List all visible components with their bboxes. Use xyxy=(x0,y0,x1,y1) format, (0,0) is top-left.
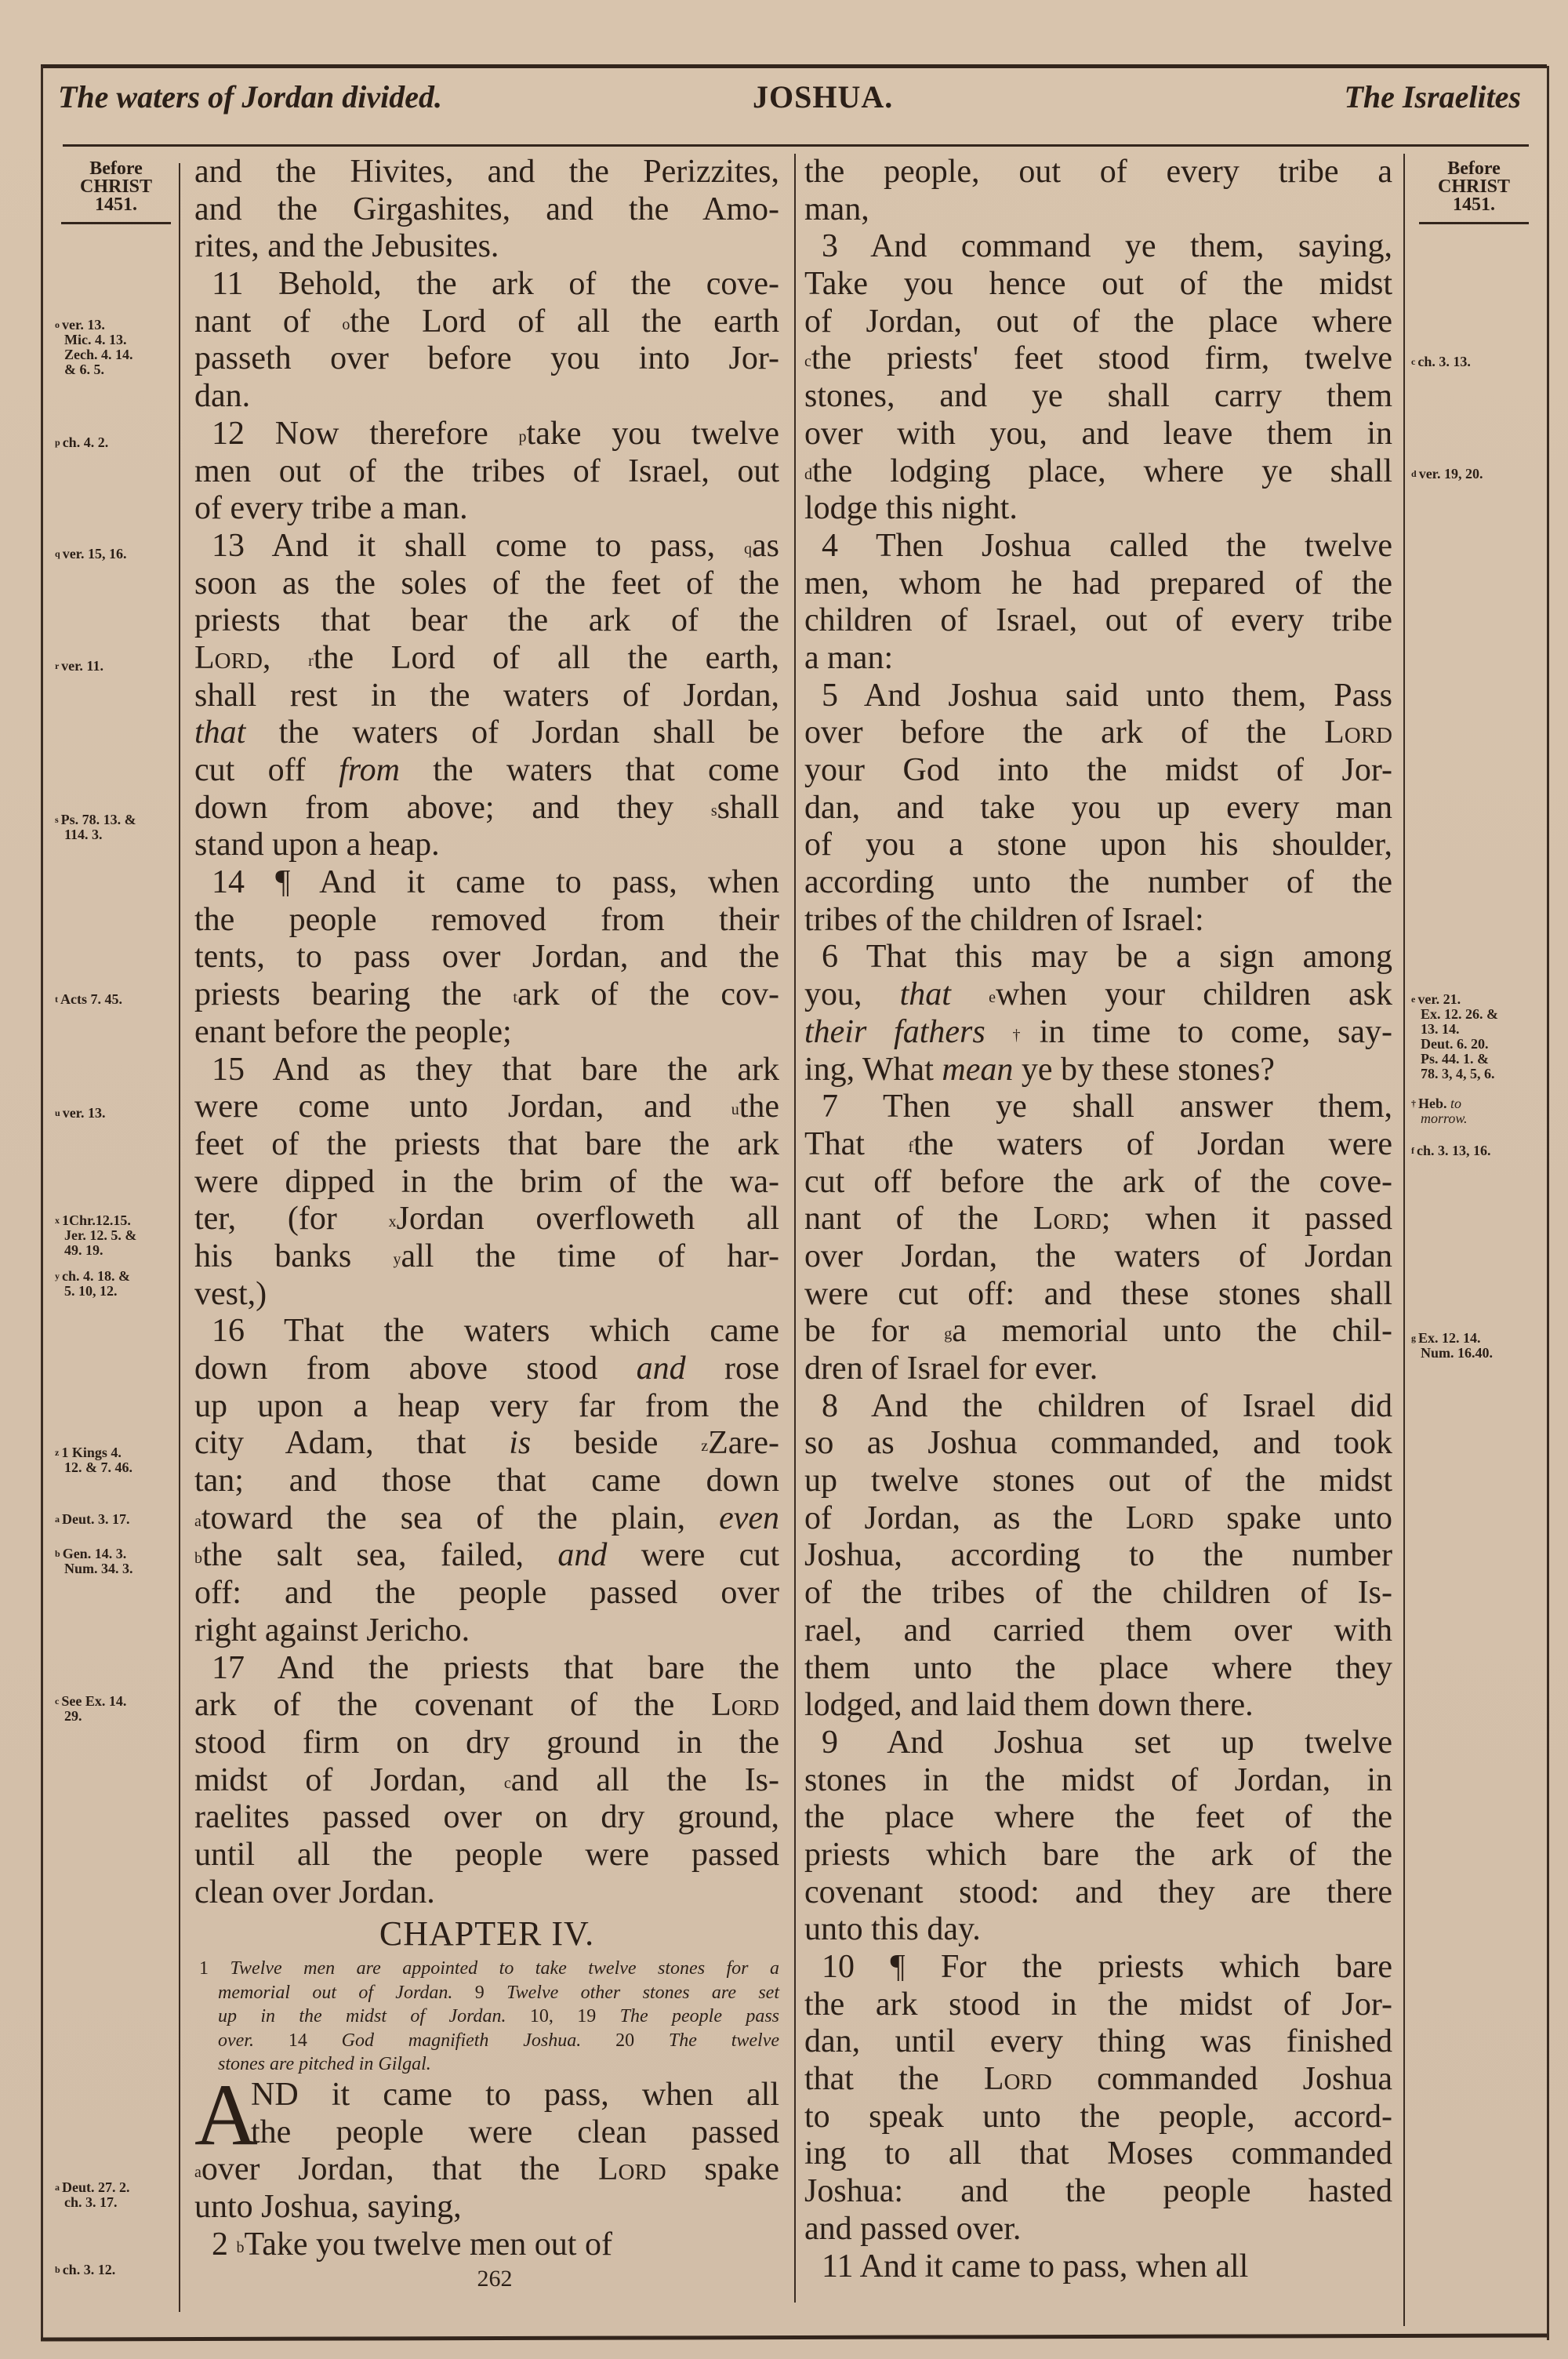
reference-marker: x xyxy=(389,1213,397,1230)
text-line: cut off from the waters that come xyxy=(194,752,779,790)
cross-reference-line: 49. 19. xyxy=(55,1243,172,1258)
cross-reference: r ver. 11. xyxy=(55,659,172,674)
text-line: over before the ark of the Lord xyxy=(804,714,1392,752)
cross-reference-line: a Deut. 3. 17. xyxy=(55,1512,172,1527)
cross-reference-line: q ver. 15, 16. xyxy=(55,547,172,562)
right-margin-divider xyxy=(1403,154,1405,2326)
text-line: dan. xyxy=(194,378,779,416)
text-line: dthe lodging place, where ye shall xyxy=(804,453,1392,491)
text-line: city Adam, that is beside zZare- xyxy=(194,1425,779,1463)
era-label: CHRIST xyxy=(55,178,177,196)
italic-supplied-word: and xyxy=(637,1350,686,1387)
era-label: CHRIST xyxy=(1411,178,1537,196)
reference-marker: d xyxy=(1411,468,1419,479)
text-line: the people, out of every tribe a xyxy=(804,154,1392,191)
cross-reference-line: 13. 14. xyxy=(1411,1022,1529,1037)
reference-marker: z xyxy=(701,1438,708,1455)
chapter-heading: CHAPTER IV. xyxy=(194,1911,779,1957)
text-line: children of Israel, out of every tribe xyxy=(804,602,1392,640)
cross-reference-line: Jer. 12. 5. & xyxy=(55,1228,172,1243)
reference-marker: z xyxy=(55,1447,61,1458)
reference-marker: u xyxy=(55,1107,63,1118)
text-line: over Jordan, the waters of Jordan xyxy=(804,1238,1392,1276)
text-line: dan, and take you up every man xyxy=(804,790,1392,827)
text-line: of Jordan, as the Lord spake unto xyxy=(804,1500,1392,1538)
text-line: vest,) xyxy=(194,1276,779,1314)
summary-verse-number: 9 xyxy=(475,1983,485,2003)
summary-line: memorial out of Jordan. 9 Twelve other s… xyxy=(199,1981,779,2005)
cross-reference: c ch. 3. 13. xyxy=(1411,354,1529,369)
text-line: Joshua, according to the number xyxy=(804,1537,1392,1575)
running-head-right: The Israelites xyxy=(1344,78,1521,115)
text-line: up upon a heap very far from the xyxy=(194,1388,779,1426)
reference-marker: r xyxy=(308,652,314,670)
left-margin-divider xyxy=(179,163,180,2312)
cross-reference-line: 78. 3, 4, 5, 6. xyxy=(1411,1067,1529,1081)
text-line: stood firm on dry ground in the xyxy=(194,1725,779,1762)
text-line: the people were clean passed xyxy=(194,2114,779,2152)
cross-reference: b ch. 3. 12. xyxy=(55,2263,172,2277)
right-margin-references: Before CHRIST 1451. c ch. 3. 13.d ver. 1… xyxy=(1411,160,1537,2324)
reference-marker: t xyxy=(55,994,60,1005)
cross-reference-line: † Heb. to xyxy=(1411,1096,1529,1111)
text-line: down from above stood and rose xyxy=(194,1350,779,1388)
text-line: clean over Jordan. xyxy=(194,1874,779,1912)
text-line: 16 That the waters which came xyxy=(194,1313,779,1350)
cross-reference-line: Num. 16.40. xyxy=(1411,1346,1529,1361)
text-line: 11 And it came to pass, when all xyxy=(804,2248,1392,2286)
divine-name: Lord xyxy=(1033,1201,1102,1237)
reference-marker: y xyxy=(55,1270,62,1281)
text-line: priests bearing the tark of the cov- xyxy=(194,976,779,1014)
summary-verse-number: 20 xyxy=(615,2030,634,2051)
cross-reference: u ver. 13. xyxy=(55,1106,172,1121)
center-column-divider xyxy=(794,154,796,2303)
cross-reference: f ch. 3. 13, 16. xyxy=(1411,1143,1529,1158)
reference-marker: s xyxy=(711,802,717,820)
cross-reference: z 1 Kings 4.12. & 7. 46. xyxy=(55,1445,172,1475)
summary-line: up in the midst of Jordan. 10, 19 The pe… xyxy=(199,2005,779,2029)
text-line: aover Jordan, that the Lord spake xyxy=(194,2151,779,2189)
reference-marker: c xyxy=(804,353,811,370)
cross-reference: c See Ex. 14.29. xyxy=(55,1694,172,1724)
text-line: nant of othe Lord of all the earth xyxy=(194,304,779,341)
text-line: according unto the number of the xyxy=(804,864,1392,902)
text-line: man, xyxy=(804,191,1392,229)
reference-marker: c xyxy=(55,1696,61,1707)
reference-marker: q xyxy=(744,540,752,558)
text-line: were come unto Jordan, and uthe xyxy=(194,1089,779,1126)
reference-marker: c xyxy=(1411,356,1417,367)
cross-reference-line: Num. 34. 3. xyxy=(55,1561,172,1576)
text-line: Joshua: and the people hasted xyxy=(804,2173,1392,2211)
italic-supplied-word: and xyxy=(557,1537,607,1573)
summary-verse-number: 14 xyxy=(289,2030,307,2051)
text-line: tribes of the children of Israel: xyxy=(804,902,1392,940)
text-line: covenant stood: and they are there xyxy=(804,1874,1392,1912)
reference-marker: y xyxy=(393,1251,401,1268)
text-line: up twelve stones out of the midst xyxy=(804,1463,1392,1500)
italic-supplied-word: from xyxy=(339,752,400,788)
reference-marker: x xyxy=(55,1215,62,1226)
text-line: that the Lord commanded Joshua xyxy=(804,2061,1392,2099)
divine-name: Lord xyxy=(984,2061,1052,2097)
text-line: priests that bear the ark of the xyxy=(194,602,779,640)
dagger-marker: † xyxy=(1012,1027,1039,1044)
text-line: cut off before the ark of the cove- xyxy=(804,1164,1392,1201)
cross-reference: a Deut. 3. 17. xyxy=(55,1512,172,1527)
reference-marker: u xyxy=(731,1101,739,1118)
reference-marker: b xyxy=(194,1550,202,1567)
summary-line: stones are pitched in Gilgal. xyxy=(199,2052,779,2077)
cross-reference-line: o ver. 13. xyxy=(55,318,172,333)
cross-reference-line: r ver. 11. xyxy=(55,659,172,674)
text-line: rites, and the Jebusites. xyxy=(194,228,779,266)
cross-reference-line: c ch. 3. 13. xyxy=(1411,354,1529,369)
text-line: 7 Then ye shall answer them, xyxy=(804,1089,1392,1126)
left-text-column: and the Hivites, and the Perizzites,and … xyxy=(194,154,779,2295)
text-line: and the Hivites, and the Perizzites, xyxy=(194,154,779,191)
italic-supplied-word: that xyxy=(900,976,951,1012)
text-line: 9 And Joshua set up twelve xyxy=(804,1725,1392,1762)
reference-marker: q xyxy=(55,548,63,559)
reference-marker: b xyxy=(55,1548,63,1559)
cross-reference: t Acts 7. 45. xyxy=(55,992,172,1007)
text-line: 5 And Joshua said unto them, Pass xyxy=(804,678,1392,715)
text-line: and the Girgashites, and the Amo- xyxy=(194,191,779,229)
divine-name: Lord xyxy=(598,2151,666,2187)
cross-reference: † Heb. tomorrow. xyxy=(1411,1096,1529,1126)
text-line: 14 ¶ And it came to pass, when xyxy=(194,864,779,902)
reference-marker: f xyxy=(1411,1145,1417,1156)
text-line: stones, and ye shall carry them xyxy=(804,378,1392,416)
text-line: men, whom he had prepared of the xyxy=(804,565,1392,603)
left-margin-references: Before CHRIST 1451. o ver. 13.Mic. 4. 13… xyxy=(55,160,177,2324)
cross-reference-line: b Gen. 14. 3. xyxy=(55,1547,172,1561)
running-head: The waters of Jordan divided. JOSHUA. Th… xyxy=(55,78,1529,125)
text-line: a man: xyxy=(804,640,1392,678)
cross-reference-line: a Deut. 27. 2. xyxy=(55,2180,172,2195)
reference-marker: g xyxy=(1411,1332,1418,1343)
text-line: cthe priests' feet stood firm, twelve xyxy=(804,340,1392,378)
cross-reference-line: 114. 3. xyxy=(55,827,172,842)
text-line: unto this day. xyxy=(804,1911,1392,1949)
text-line: to speak unto the people, accord- xyxy=(804,2099,1392,2136)
text-line: 11 Behold, the ark of the cove- xyxy=(194,266,779,304)
text-line: so as Joshua commanded, and took xyxy=(804,1425,1392,1463)
bible-page: The waters of Jordan divided. JOSHUA. Th… xyxy=(0,0,1568,2359)
cross-reference-line: Ex. 12. 26. & xyxy=(1411,1007,1529,1022)
text-line: Lord, rthe Lord of all the earth, xyxy=(194,640,779,678)
cross-reference: s Ps. 78. 13. &114. 3. xyxy=(55,812,172,842)
reference-marker: e xyxy=(1411,994,1417,1005)
text-line: 6 That this may be a sign among xyxy=(804,939,1392,976)
text-line: 12 Now therefore ptake you twelve xyxy=(194,416,779,453)
reference-marker: † xyxy=(1411,1098,1418,1109)
text-line: of every tribe a man. xyxy=(194,490,779,528)
text-line: were dipped in the brim of the wa- xyxy=(194,1164,779,1201)
text-line: were cut off: and these stones shall xyxy=(804,1276,1392,1314)
text-line: 2 bTake you twelve men out of xyxy=(194,2226,779,2264)
text-line: stones in the midst of Jordan, in xyxy=(804,1762,1392,1800)
era-year: 1451. xyxy=(1411,196,1537,214)
cross-reference-line: c See Ex. 14. xyxy=(55,1694,172,1709)
cross-reference-line: ch. 3. 17. xyxy=(55,2195,172,2210)
text-line: ing to all that Moses commanded xyxy=(804,2135,1392,2173)
text-line: feet of the priests that bare the ark xyxy=(194,1126,779,1164)
divine-name: Lord xyxy=(1324,714,1392,751)
text-line: dren of Israel for ever. xyxy=(804,1350,1392,1388)
cross-reference: q ver. 15, 16. xyxy=(55,547,172,562)
era-heading: Before CHRIST 1451. xyxy=(55,160,177,224)
verses-chapter-4-continued: the people, out of every tribe aman,3 An… xyxy=(804,154,1392,2285)
text-line: your God into the midst of Jor- xyxy=(804,752,1392,790)
text-line: bthe salt sea, failed, and were cut xyxy=(194,1537,779,1575)
drop-cap: A xyxy=(194,2080,258,2150)
reference-marker: e xyxy=(989,989,996,1006)
text-line: raelites passed over on dry ground, xyxy=(194,1799,779,1837)
reference-marker: t xyxy=(513,989,517,1006)
text-line: ter, (for xJordan overfloweth all xyxy=(194,1201,779,1238)
text-line: the place where the feet of the xyxy=(804,1799,1392,1837)
reference-marker: a xyxy=(55,1514,62,1525)
cross-reference-line: Mic. 4. 13. xyxy=(55,333,172,347)
cross-reference: a Deut. 27. 2.ch. 3. 17. xyxy=(55,2180,172,2210)
text-line: lodged, and laid them down there. xyxy=(804,1687,1392,1725)
text-line: unto Joshua, saying, xyxy=(194,2189,779,2226)
text-line: enant before the people; xyxy=(194,1014,779,1052)
book-title: JOSHUA. xyxy=(753,78,893,115)
text-line: and passed over. xyxy=(804,2211,1392,2248)
text-line: 10 ¶ For the priests which bare xyxy=(804,1949,1392,1986)
text-line: the people removed from their xyxy=(194,902,779,940)
summary-line: over. 14 God magnifieth Joshua. 20 The t… xyxy=(199,2029,779,2053)
header-rule xyxy=(63,144,1529,147)
right-text-column: the people, out of every tribe aman,3 An… xyxy=(804,154,1392,2285)
text-line: tan; and those that came down xyxy=(194,1463,779,1500)
verses-chapter-4: ND it came to pass, when allthe people w… xyxy=(194,2077,779,2263)
cross-reference-line: 5. 10, 12. xyxy=(55,1284,172,1299)
text-line: of the tribes of the children of Is- xyxy=(804,1575,1392,1612)
reference-marker: b xyxy=(55,2264,63,2275)
text-line: 3 And command ye them, saying, xyxy=(804,228,1392,266)
italic-supplied-word: even xyxy=(719,1500,779,1536)
reference-marker: d xyxy=(804,466,812,483)
cross-reference-line: u ver. 13. xyxy=(55,1106,172,1121)
reference-marker: g xyxy=(944,1325,952,1343)
text-line: 17 And the priests that bare the xyxy=(194,1650,779,1688)
text-line: his banks yall the time of har- xyxy=(194,1238,779,1276)
cross-reference-line: p ch. 4. 2. xyxy=(55,435,172,450)
cross-reference-line: s Ps. 78. 13. & xyxy=(55,812,172,827)
cross-reference: g Ex. 12. 14.Num. 16.40. xyxy=(1411,1331,1529,1361)
text-line: That fthe waters of Jordan were xyxy=(804,1126,1392,1164)
cross-reference-line: y ch. 4. 18. & xyxy=(55,1269,172,1284)
reference-marker: a xyxy=(194,2164,201,2181)
text-line: tents, to pass over Jordan, and the xyxy=(194,939,779,976)
divine-name: Lord xyxy=(1126,1500,1194,1536)
cross-reference-line: 12. & 7. 46. xyxy=(55,1460,172,1475)
text-line: of Jordan, out of the place where xyxy=(804,304,1392,341)
cross-reference-line: g Ex. 12. 14. xyxy=(1411,1331,1529,1346)
summary-verse-number: 10, 19 xyxy=(530,2006,596,2026)
hebrew-gloss: morrow. xyxy=(1421,1110,1468,1126)
cross-reference-line: 29. xyxy=(55,1709,172,1724)
text-line: ND it came to pass, when all xyxy=(194,2077,779,2114)
reference-marker: o xyxy=(342,316,350,333)
reference-marker: r xyxy=(55,660,61,671)
era-label: Before xyxy=(55,160,177,178)
cross-reference-line: Ps. 44. 1. & xyxy=(1411,1052,1529,1067)
verses-chapter-3: and the Hivites, and the Perizzites,and … xyxy=(194,154,779,1911)
text-line: their fathers †in time to come, say- xyxy=(804,1014,1392,1052)
cross-reference-line: d ver. 19, 20. xyxy=(1411,467,1529,482)
text-line: 15 And as they that bare the ark xyxy=(194,1052,779,1089)
cross-reference-line: t Acts 7. 45. xyxy=(55,992,172,1007)
reference-marker: s xyxy=(55,814,61,825)
reference-marker: b xyxy=(237,2239,245,2256)
cross-reference-line: Deut. 6. 20. xyxy=(1411,1037,1529,1052)
text-line: Take you hence out of the midst xyxy=(804,266,1392,304)
text-line: lodge this night. xyxy=(804,490,1392,528)
reference-marker: o xyxy=(55,319,62,330)
text-line: off: and the people passed over xyxy=(194,1575,779,1612)
reference-marker: p xyxy=(519,428,527,445)
text-line: the ark stood in the midst of Jor- xyxy=(804,1986,1392,2024)
text-line: atoward the sea of the plain, even xyxy=(194,1500,779,1538)
text-line: over with you, and leave them in xyxy=(804,416,1392,453)
cross-reference-line: Zech. 4. 14. xyxy=(55,347,172,362)
reference-marker: p xyxy=(55,437,63,448)
cross-reference: e ver. 21.Ex. 12. 26. &13. 14.Deut. 6. 2… xyxy=(1411,992,1529,1081)
cross-reference: b Gen. 14. 3.Num. 34. 3. xyxy=(55,1547,172,1576)
era-rule xyxy=(61,222,171,224)
cross-reference: d ver. 19, 20. xyxy=(1411,467,1529,482)
text-line: shall rest in the waters of Jordan, xyxy=(194,678,779,715)
text-line: right against Jericho. xyxy=(194,1612,779,1650)
text-line: down from above; and they sshall xyxy=(194,790,779,827)
text-line: 4 Then Joshua called the twelve xyxy=(804,528,1392,565)
era-heading: Before CHRIST 1451. xyxy=(1411,160,1537,224)
text-line: you, that ewhen your children ask xyxy=(804,976,1392,1014)
text-line: dan, until every thing was finished xyxy=(804,2023,1392,2061)
text-line: be for ga memorial unto the chil- xyxy=(804,1313,1392,1350)
italic-supplied-word: that xyxy=(194,714,245,751)
cross-reference-line: e ver. 21. xyxy=(1411,992,1529,1007)
text-line: ing, What mean ye by these stones? xyxy=(804,1052,1392,1089)
chapter-4-opening: A ND it came to pass, when allthe people… xyxy=(194,2077,779,2263)
italic-supplied-word: mean xyxy=(942,1052,1013,1088)
page-number: 262 xyxy=(194,2263,779,2295)
reference-marker: a xyxy=(55,2182,62,2193)
cross-reference-line: z 1 Kings 4. xyxy=(55,1445,172,1460)
text-line: ark of the covenant of the Lord xyxy=(194,1687,779,1725)
summary-verse-number: 1 xyxy=(199,1958,209,1979)
text-line: of you a stone upon his shoulder, xyxy=(804,827,1392,864)
text-line: soon as the soles of the feet of the xyxy=(194,565,779,603)
cross-reference: x 1Chr.12.15.Jer. 12. 5. &49. 19. xyxy=(55,1213,172,1258)
text-line: rael, and carried them over with xyxy=(804,1612,1392,1650)
text-line: passeth over before you into Jor- xyxy=(194,340,779,378)
cross-reference: p ch. 4. 2. xyxy=(55,435,172,450)
divine-name: Lord xyxy=(711,1687,779,1723)
running-head-left: The waters of Jordan divided. xyxy=(58,78,442,115)
cross-reference: y ch. 4. 18. &5. 10, 12. xyxy=(55,1269,172,1299)
text-line: that the waters of Jordan shall be xyxy=(194,714,779,752)
reference-marker: f xyxy=(908,1139,913,1156)
italic-supplied-word: their fathers xyxy=(804,1014,985,1050)
text-line: them unto the place where they xyxy=(804,1650,1392,1688)
cross-reference: o ver. 13.Mic. 4. 13.Zech. 4. 14.& 6. 5. xyxy=(55,318,172,377)
text-line: priests which bare the ark of the xyxy=(804,1837,1392,1874)
cross-reference-line: b ch. 3. 12. xyxy=(55,2263,172,2277)
chapter-summary: 1 Twelve men are appointed to take twelv… xyxy=(194,1957,779,2077)
cross-reference-line: & 6. 5. xyxy=(55,362,172,377)
text-line: nant of the Lord; when it passed xyxy=(804,1201,1392,1238)
text-line: men out of the tribes of Israel, out xyxy=(194,453,779,491)
text-line: until all the people were passed xyxy=(194,1837,779,1874)
reference-marker: a xyxy=(194,1513,201,1530)
text-line: stand upon a heap. xyxy=(194,827,779,864)
divine-name: Lord xyxy=(194,640,263,676)
hebrew-gloss: to xyxy=(1450,1096,1461,1111)
era-label: Before xyxy=(1411,160,1537,178)
cross-reference-line: morrow. xyxy=(1411,1111,1529,1126)
text-line: midst of Jordan, cand all the Is- xyxy=(194,1762,779,1800)
reference-marker: c xyxy=(504,1775,511,1792)
summary-line: 1 Twelve men are appointed to take twelv… xyxy=(199,1957,779,1981)
text-line: 13 And it shall come to pass, qas xyxy=(194,528,779,565)
era-year: 1451. xyxy=(55,196,177,214)
italic-supplied-word: is xyxy=(509,1425,531,1461)
cross-reference-line: x 1Chr.12.15. xyxy=(55,1213,172,1228)
era-rule xyxy=(1419,222,1529,224)
text-line: 8 And the children of Israel did xyxy=(804,1388,1392,1426)
cross-reference-line: f ch. 3. 13, 16. xyxy=(1411,1143,1529,1158)
